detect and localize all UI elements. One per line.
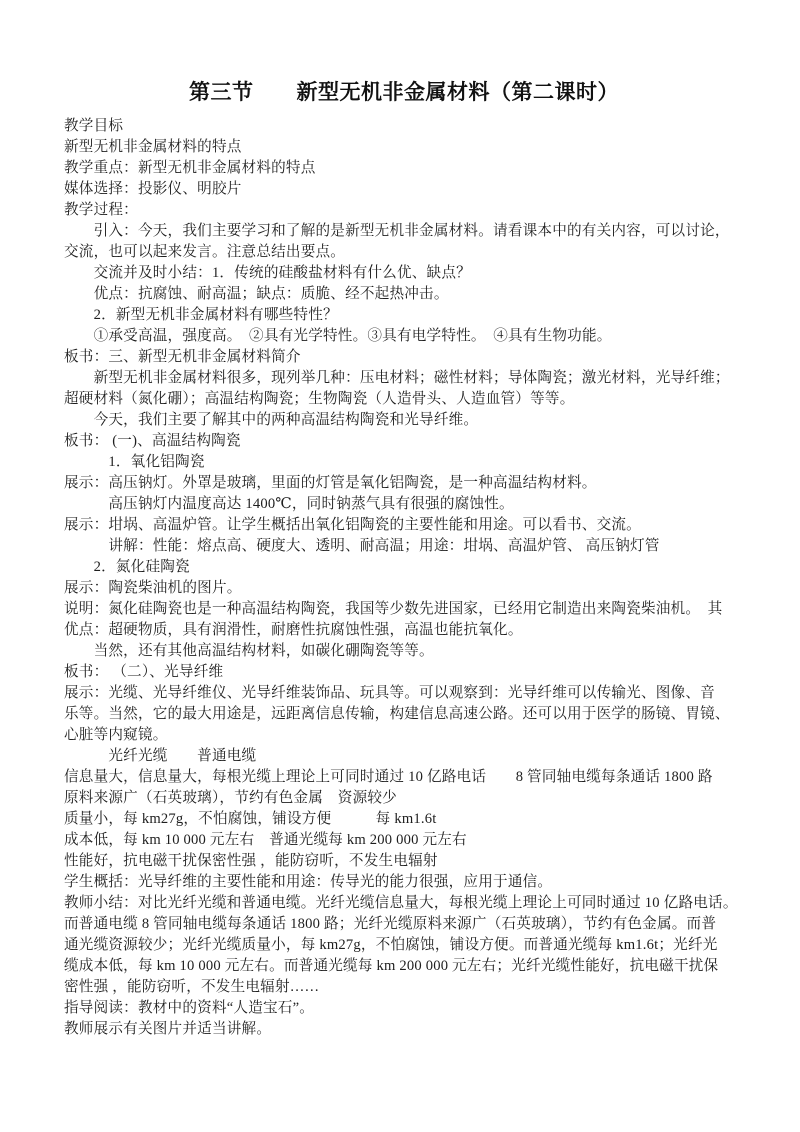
doc-line: 今天，我们主要了解其中的两种高温结构陶瓷和光导纤维。 [64, 410, 744, 431]
doc-line: 教学目标 [64, 116, 744, 137]
doc-title: 第三节 新型无机非金属材料（第二课时） [64, 78, 744, 106]
doc-line: 教师展示有关图片并适当讲解。 [64, 1019, 744, 1040]
doc-line: 展示：陶瓷柴油机的图片。 [64, 578, 744, 599]
doc-line: 引入：今天，我们主要学习和了解的是新型无机非金属材料。请看课本中的有关内容，可以… [64, 221, 744, 242]
doc-line: 缆成本低，每 km 10 000 元左右。而普通光缆每 km 200 000 元… [64, 956, 744, 977]
document-page: 第三节 新型无机非金属材料（第二课时） 教学目标新型无机非金属材料的特点教学重点… [0, 0, 800, 1132]
doc-line: 优点：超硬物质，具有润滑性，耐磨性抗腐蚀性强，高温也能抗氧化。 [64, 620, 744, 641]
doc-line: 优点：抗腐蚀、耐高温；缺点：质脆、经不起热冲击。 [64, 284, 744, 305]
doc-line: 展示：坩埚、高温炉管。让学生概括出氧化铝陶瓷的主要性能和用途。可以看书、交流。 [64, 515, 744, 536]
doc-line: 成本低，每 km 10 000 元左右 普通光缆每 km 200 000 元左右 [64, 830, 744, 851]
doc-line: 高压钠灯内温度高达 1400℃，同时钠蒸气具有很强的腐蚀性。 [64, 494, 744, 515]
doc-line: 展示：高压钠灯。外罩是玻璃，里面的灯管是氧化铝陶瓷，是一种高温结构材料。 [64, 473, 744, 494]
doc-line: 讲解：性能：熔点高、硬度大、透明、耐高温；用途：坩埚、高温炉管、 高压钠灯管 [64, 536, 744, 557]
doc-line: 说明：氮化硅陶瓷也是一种高温结构陶瓷，我国等少数先进国家，已经用它制造出来陶瓷柴… [64, 599, 744, 620]
doc-line: 指导阅读：教材中的资料“人造宝石”。 [64, 998, 744, 1019]
doc-line: 展示：光缆、光导纤维仪、光导纤维装饰品、玩具等。可以观察到：光导纤维可以传输光、… [64, 683, 744, 704]
doc-line: 心脏等内窥镜。 [64, 725, 744, 746]
doc-line: 板书： （二）、光导纤维 [64, 662, 744, 683]
doc-line: 密性强 ，能防窃听，不发生电辐射…… [64, 977, 744, 998]
doc-line: 1．氧化铝陶瓷 [64, 452, 744, 473]
doc-line: 性能好，抗电磁干扰保密性强 ，能防窃听，不发生电辐射 [64, 851, 744, 872]
doc-line: ①承受高温，强度高。 ②具有光学特性。③具有电学特性。 ④具有生物功能。 [64, 326, 744, 347]
doc-line: 超硬材料（氮化硼）；高温结构陶瓷；生物陶瓷（人造骨头、人造血管）等等。 [64, 389, 744, 410]
doc-line: 当然，还有其他高温结构材料，如碳化硼陶瓷等等。 [64, 641, 744, 662]
doc-line: 新型无机非金属材料的特点 [64, 137, 744, 158]
doc-line: 乐等。当然，它的最大用途是，远距离信息传输，构建信息高速公路。还可以用于医学的肠… [64, 704, 744, 725]
doc-line: 2．新型无机非金属材料有哪些特性？ [64, 305, 744, 326]
doc-line: 媒体选择：投影仪、明胶片 [64, 179, 744, 200]
doc-line: 光纤光缆 普通电缆 [64, 746, 744, 767]
doc-line: 教师小结：对比光纤光缆和普通电缆。光纤光缆信息量大，每根光缆上理论上可同时通过 … [64, 893, 744, 914]
doc-line: 而普通电缆 8 管同轴电缆每条通话 1800 路；光纤光缆原料来源广（石英玻璃）… [64, 914, 744, 935]
doc-line: 板书：三、新型无机非金属材料简介 [64, 347, 744, 368]
doc-line: 交流，也可以起来发言。注意总结出要点。 [64, 242, 744, 263]
doc-lines: 教学目标新型无机非金属材料的特点教学重点：新型无机非金属材料的特点媒体选择：投影… [64, 116, 744, 1040]
doc-line: 2．氮化硅陶瓷 [64, 557, 744, 578]
doc-line: 质量小，每 km27g，不怕腐蚀，铺设方便 每 km1.6t [64, 809, 744, 830]
doc-line: 新型无机非金属材料很多，现列举几种：压电材料；磁性材料；导体陶瓷；激光材料，光导… [64, 368, 744, 389]
doc-line: 学生概括：光导纤维的主要性能和用途：传导光的能力很强，应用于通信。 [64, 872, 744, 893]
doc-line: 教学过程： [64, 200, 744, 221]
doc-line: 原料来源广（石英玻璃），节约有色金属 资源较少 [64, 788, 744, 809]
doc-line: 信息量大，信息量大，每根光缆上理论上可同时通过 10 亿路电话 8 管同轴电缆每… [64, 767, 744, 788]
doc-line: 板书： (一)、高温结构陶瓷 [64, 431, 744, 452]
doc-line: 交流并及时小结：1．传统的硅酸盐材料有什么优、缺点？ [64, 263, 744, 284]
doc-line: 通光缆资源较少；光纤光缆质量小，每 km27g，不怕腐蚀，铺设方便。而普通光缆每… [64, 935, 744, 956]
doc-line: 教学重点：新型无机非金属材料的特点 [64, 158, 744, 179]
